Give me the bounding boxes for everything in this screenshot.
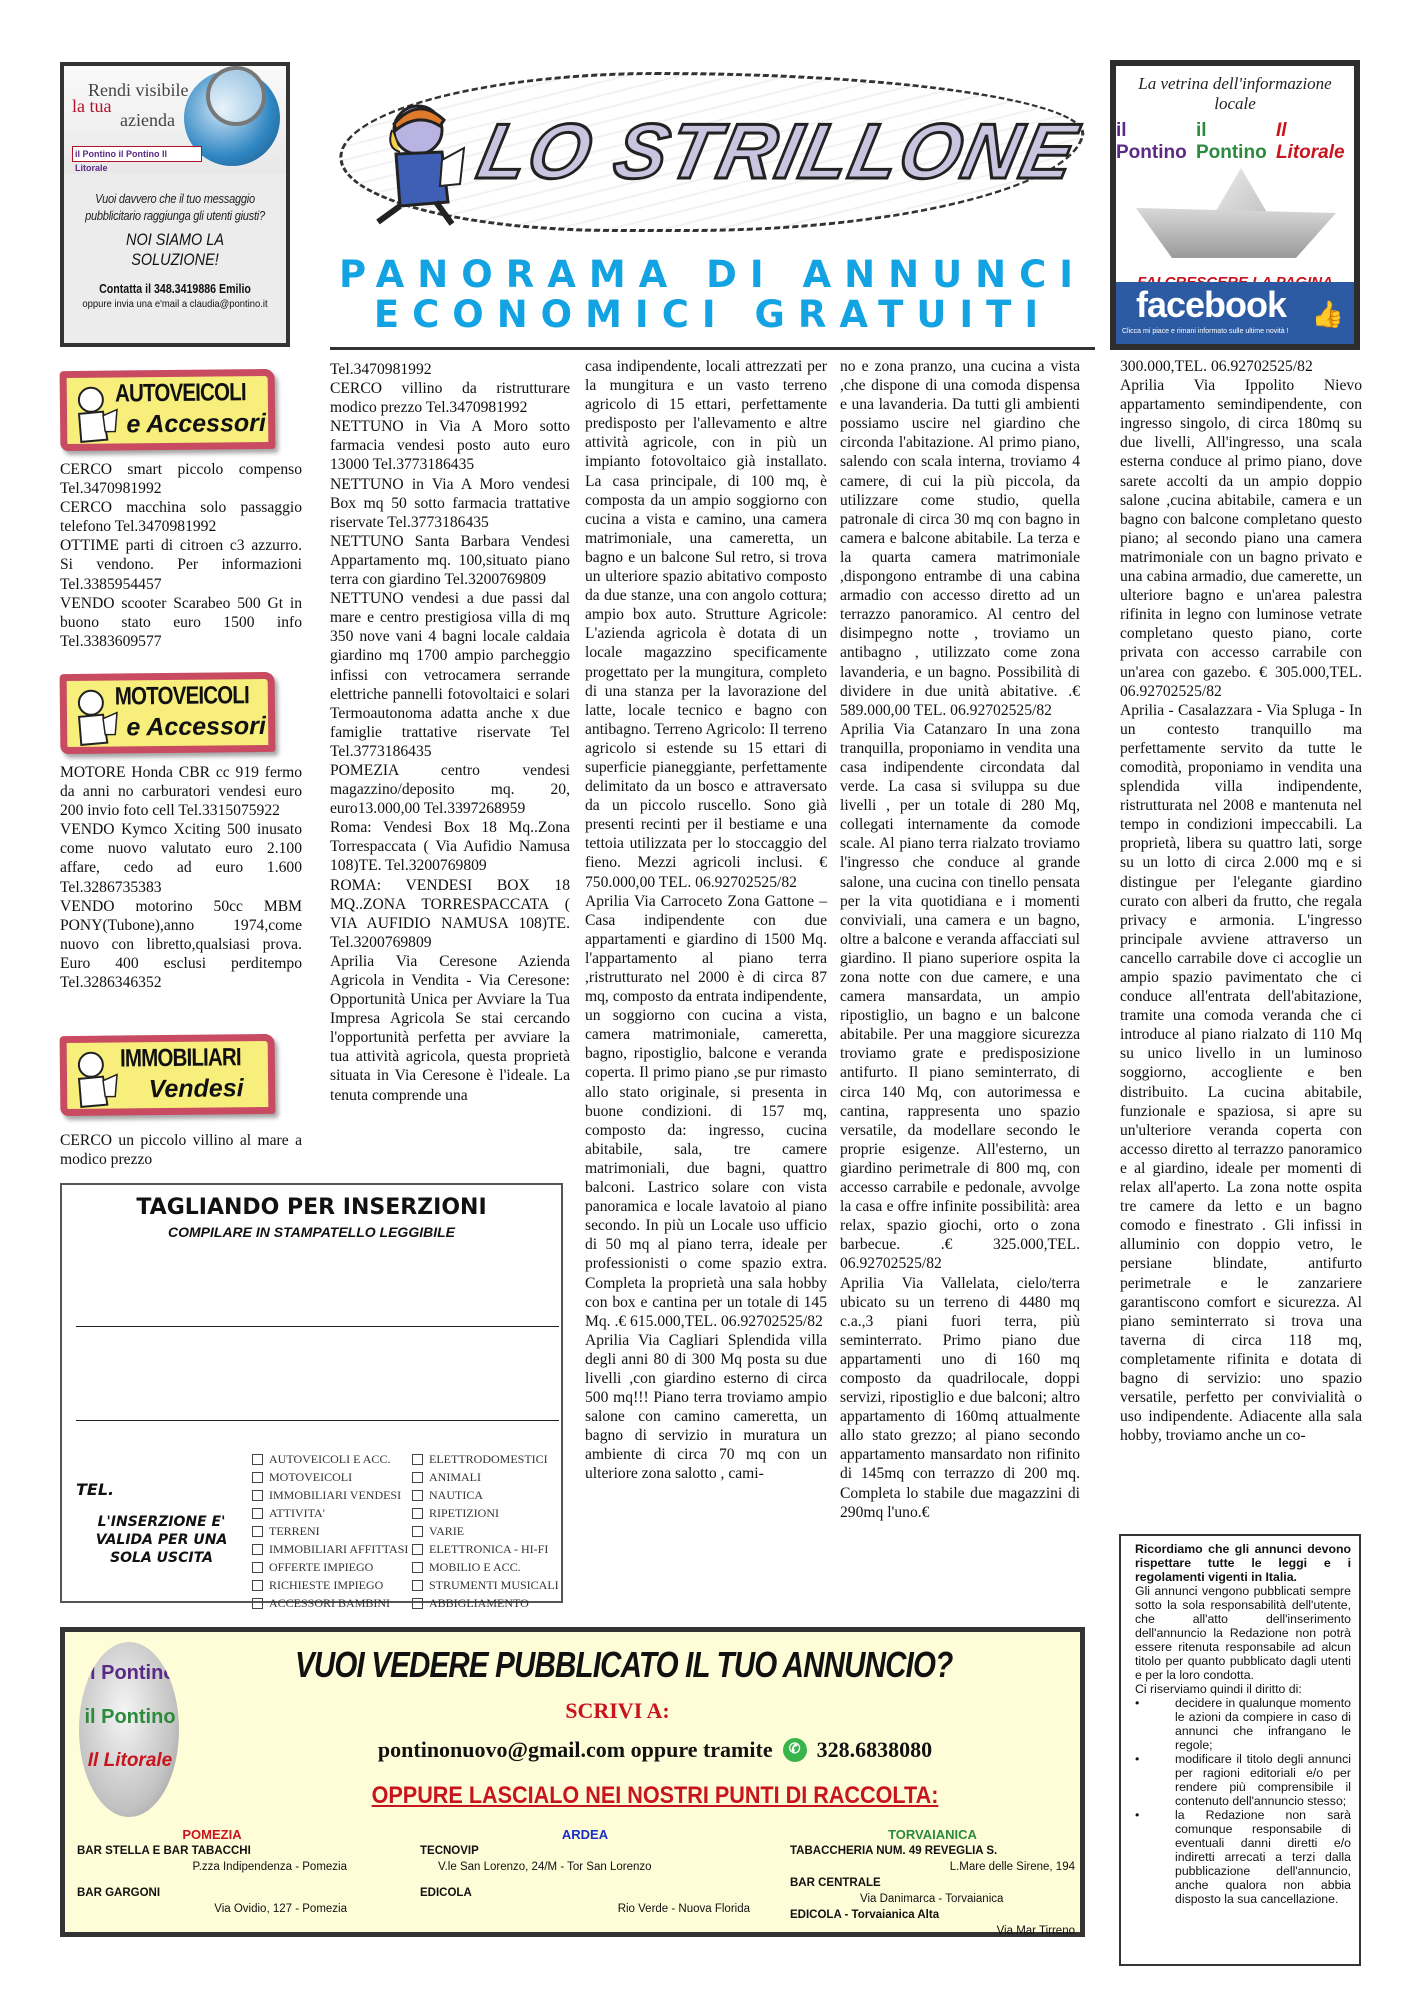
boat-hull: [1136, 208, 1336, 258]
checkbox-square[interactable]: [412, 1598, 423, 1609]
ad-item: Aprilia Via Vallelata, cielo/terra ubica…: [840, 1274, 1080, 1522]
category-subtitle: e Accessori: [121, 409, 271, 440]
magnifier-icon: [206, 66, 266, 126]
point-address: L.Mare delle Sirene, 194: [790, 1859, 1075, 1875]
ad-item: Roma: Vendesi Box 18 Mq..Zona Torrespacc…: [330, 818, 570, 875]
paper-boat-image: [1116, 168, 1354, 268]
checkbox-richieste-impiego[interactable]: RICHIESTE IMPIEGO: [252, 1576, 408, 1594]
banner-collection-points-title: OPPURE LASCIALO NEI NOSTRI PUNTI DI RACC…: [273, 1782, 1038, 1810]
motoveicoli-ads: MOTORE Honda CBR cc 919 fermo da anni no…: [60, 763, 302, 992]
coupon-validity-note: L'INSERZIONE E' VALIDA PER UNA SOLA USCI…: [84, 1513, 239, 1567]
point-name: BAR CENTRALE: [790, 1875, 1075, 1891]
brand-logos: il Pontino il Pontino Il Litorale: [72, 146, 202, 162]
brand-row: il Pontino il Pontino Il Litorale: [1116, 120, 1354, 164]
ad-item: Tel.3470981992: [330, 360, 570, 379]
category-subtitle: e Accessori: [121, 712, 271, 743]
newsboy-mascot-icon: [59, 380, 120, 451]
checkbox-strumenti-musicali[interactable]: STRUMENTI MUSICALI: [412, 1576, 559, 1594]
immobiliari-ads-start: CERCO un piccolo villino al mare a modic…: [60, 1131, 302, 1169]
ad-item: POMEZIA centro vendesi magazzino/deposit…: [330, 761, 570, 818]
collection-points-pomezia: POMEZIA BAR STELLA E BAR TABACCHI P.zza …: [77, 1827, 347, 1917]
checkbox-motoveicoli[interactable]: MOTOVEICOLI: [252, 1468, 408, 1486]
masthead-subtitle-line1: PANORAMA DI ANNUNCI: [330, 255, 1095, 295]
autoveicoli-ads: CERCO smart piccolo compenso Tel.3470981…: [60, 460, 302, 651]
ads-column-3: casa indipendente, locali attrezzati per…: [585, 357, 827, 1484]
point-address: Via Mar Tirreno: [790, 1923, 1075, 1939]
ad-item: CERCO macchina solo passaggio telefono T…: [60, 498, 302, 536]
insertion-coupon-form: TAGLIANDO PER INSERZIONI COMPILARE IN ST…: [60, 1183, 563, 1603]
point-name: TECNOVIP: [420, 1843, 750, 1859]
ad-message: Vuoi davvero che il tuo messaggio pubbli…: [81, 190, 270, 224]
ad-line3: azienda: [120, 110, 175, 131]
logo-title: LO STRILLONE: [470, 106, 1085, 197]
category-checkboxes-right: ELETTRODOMESTICI ANIMALI NAUTICA RIPETIZ…: [412, 1450, 559, 1612]
category-title: IMMOBILIARI: [115, 1043, 246, 1073]
coupon-write-line-2[interactable]: [76, 1420, 559, 1421]
ad-item: VENDO Kymco Xciting 500 inusato come nuo…: [60, 820, 302, 896]
advertisement-visibility[interactable]: Rendi visibile la tua azienda il Pontino…: [60, 62, 290, 347]
checkbox-abbigliamento[interactable]: ABBIGLIAMENTO: [412, 1594, 559, 1612]
category-subtitle: Vendesi: [121, 1074, 271, 1105]
brand-litorale: Il Litorale: [1276, 120, 1354, 164]
whatsapp-icon: ✆: [783, 1738, 807, 1762]
masthead-divider: [330, 347, 1095, 350]
checkbox-mobilio[interactable]: MOBILIO E ACC.: [412, 1558, 559, 1576]
point-address: Via Ovidio, 127 - Pomezia: [77, 1901, 347, 1917]
banner-contact: pontinonuovo@gmail.com oppure tramite ✆ …: [230, 1737, 1080, 1763]
ad-item: 300.000,TEL. 06.92702525/82: [1120, 357, 1362, 376]
checkbox-square[interactable]: [252, 1508, 263, 1519]
point-name: BAR STELLA E BAR TABACCHI: [77, 1843, 347, 1859]
point-name: BAR GARGONI: [77, 1885, 347, 1901]
strillone-logo: LO STRILLONE: [330, 62, 1095, 247]
ad-item: VENDO scooter Scarabeo 500 Gt in buono s…: [60, 594, 302, 651]
checkbox-square[interactable]: [252, 1562, 263, 1573]
advertisement-facebook[interactable]: La vetrina dell'informazione locale il P…: [1110, 60, 1360, 350]
checkbox-square[interactable]: [252, 1472, 263, 1483]
ad-contact-phone: Contatta il 348.3419886 Emilio: [81, 282, 270, 296]
ad-item: VENDO motorino 50cc MBM PONY(Tubone),ann…: [60, 897, 302, 992]
banner-write-to: SCRIVI A:: [65, 1698, 1080, 1724]
ads-column-5: 300.000,TEL. 06.92702525/82 Aprilia Via …: [1120, 357, 1362, 1445]
city-name: TORVAIANICA: [790, 1827, 1075, 1843]
checkbox-square[interactable]: [252, 1490, 263, 1501]
bullet-icon: •: [1135, 1752, 1175, 1808]
city-name: ARDEA: [420, 1827, 750, 1843]
coupon-subtitle: COMPILARE IN STAMPATELLO LEGGIBILE: [62, 1224, 561, 1240]
ad-item: Aprilia Via Cagliari Splendida villa deg…: [585, 1331, 827, 1484]
ads-column-4: no e zona pranzo, una cucina a vista ,ch…: [840, 357, 1080, 1522]
ad-item: Aprilia Via Ceresone Azienda Agricola in…: [330, 952, 570, 1105]
checkbox-animali[interactable]: ANIMALI: [412, 1468, 559, 1486]
checkbox-square[interactable]: [412, 1472, 423, 1483]
ad-contact-email[interactable]: oppure invia una e'mail a claudia@pontin…: [75, 298, 275, 310]
masthead: LO STRILLONE PANORAMA DI ANNUNCI ECONOMI…: [330, 62, 1095, 350]
checkbox-square[interactable]: [412, 1490, 423, 1501]
checkbox-square[interactable]: [252, 1580, 263, 1591]
ad-item: ROMA: VENDESI BOX 18 MQ..ZONA TORRESPACC…: [330, 876, 570, 952]
checkbox-square[interactable]: [252, 1526, 263, 1537]
disclaimer-intro: Ricordiamo che gli annunci devono rispet…: [1135, 1542, 1351, 1584]
ad-solution: NOI SIAMO LA SOLUZIONE!: [81, 230, 270, 270]
ads-column-2: Tel.3470981992 CERCO villino da ristrutt…: [330, 360, 570, 1105]
checkbox-immobiliari-vendesi[interactable]: IMMOBILIARI VENDESI: [252, 1486, 408, 1504]
collection-points-torvaianica: TORVAIANICA TABACCHERIA NUM. 49 REVEGLIA…: [790, 1827, 1075, 1939]
category-title: AUTOVEICOLI: [115, 378, 246, 408]
checkbox-terreni[interactable]: TERRENI: [252, 1522, 408, 1540]
point-address: P.zza Indipendenza - Pomezia: [77, 1859, 347, 1875]
ad-item: Aprilia - Casalazzara - Via Spluga - In …: [1120, 701, 1362, 1446]
checkbox-square[interactable]: [412, 1526, 423, 1537]
point-name: EDICOLA: [420, 1885, 750, 1901]
ad-item: NETTUNO Santa Barbara Vendesi Appartamen…: [330, 532, 570, 589]
point-address: Via Danimarca - Torvaianica: [790, 1891, 1075, 1907]
disclaimer-bullet: •decidere in qualunque momento le azioni…: [1135, 1696, 1351, 1752]
point-address: V.le San Lorenzo, 24/M - Tor San Lorenzo: [420, 1859, 750, 1875]
ad-tagline: La vetrina dell'informazione locale: [1116, 74, 1354, 114]
banner-email[interactable]: pontinonuovo@gmail.com oppure tramite: [378, 1737, 773, 1763]
checkbox-ripetizioni[interactable]: RIPETIZIONI: [412, 1504, 559, 1522]
city-name: POMEZIA: [77, 1827, 347, 1843]
coupon-title: TAGLIANDO PER INSERZIONI: [62, 1195, 561, 1220]
checkbox-immobiliari-affittasi[interactable]: IMMOBILIARI AFFITTASI: [252, 1540, 408, 1558]
checkbox-square[interactable]: [412, 1562, 423, 1573]
category-checkboxes-left: AUTOVEICOLI E ACC. MOTOVEICOLI IMMOBILIA…: [252, 1450, 408, 1612]
banner-whatsapp-number[interactable]: 328.6838080: [817, 1737, 933, 1763]
bullet-icon: •: [1135, 1808, 1175, 1906]
coupon-write-line-1[interactable]: [76, 1326, 559, 1327]
facebook-banner[interactable]: facebook Clicca mi piace e rimani inform…: [1116, 282, 1354, 344]
ad-item: Aprilia Via Catanzaro In una zona tranqu…: [840, 720, 1080, 1274]
ad-item: NETTUNO in Via A Moro sotto farmacia ven…: [330, 417, 570, 474]
brand-pontino-nuovo: il Pontino: [1116, 120, 1196, 164]
ad-item: NETTUNO vendesi a due passi dal mare e c…: [330, 589, 570, 761]
ad-item: OTTIME parti di citroen c3 azzurro. Si v…: [60, 536, 302, 593]
ad-item: MOTORE Honda CBR cc 919 fermo da anni no…: [60, 763, 302, 820]
facebook-tagline: Clicca mi piace e rimani informato sulle…: [1122, 328, 1289, 335]
checkbox-accessori-bambini[interactable]: ACCESSORI BAMBINI: [252, 1594, 408, 1612]
banner-question: VUOI VEDERE PUBBLICATO IL TUO ANNUNCIO?: [295, 1644, 935, 1686]
checkbox-elettronica[interactable]: ELETTRONICA - HI-FI: [412, 1540, 559, 1558]
checkbox-varie[interactable]: VARIE: [412, 1522, 559, 1540]
point-name: TABACCHERIA NUM. 49 REVEGLIA S.: [790, 1843, 1075, 1859]
checkbox-square[interactable]: [412, 1508, 423, 1519]
newsboy-mascot-icon: [59, 1045, 120, 1116]
disclaimer-bullet: •la Redazione non sarà comunque responsa…: [1135, 1808, 1351, 1906]
point-address: Rio Verde - Nuova Florida: [420, 1901, 750, 1917]
checkbox-square[interactable]: [252, 1544, 263, 1555]
newsboy-mascot-icon: [356, 90, 466, 230]
ad-line2: la tua: [72, 96, 111, 117]
checkbox-offerte-impiego[interactable]: OFFERTE IMPIEGO: [252, 1558, 408, 1576]
category-banner-motoveicoli: MOTOVEICOLI e Accessori: [60, 672, 276, 754]
checkbox-square[interactable]: [412, 1544, 423, 1555]
collection-points-ardea: ARDEA TECNOVIP V.le San Lorenzo, 24/M - …: [420, 1827, 750, 1917]
egg-brand-3: Il Litorale: [79, 1750, 179, 1772]
disclaimer-body: Gli annunci vengono pubblicati sempre so…: [1135, 1584, 1351, 1682]
checkbox-elettrodomestici[interactable]: ELETTRODOMESTICI: [412, 1450, 559, 1468]
disclaimer-bullet: •modificare il titolo degli annunci per …: [1135, 1752, 1351, 1808]
brand-egg-logo: il Pontino il Pontino Il Litorale: [79, 1642, 179, 1817]
category-banner-immobiliari: IMMOBILIARI Vendesi: [60, 1034, 276, 1116]
category-title: MOTOVEICOLI: [115, 681, 246, 711]
bullet-icon: •: [1135, 1696, 1175, 1752]
ad-visual: Rendi visibile la tua azienda il Pontino…: [64, 66, 286, 174]
ad-item: no e zona pranzo, una cucina a vista ,ch…: [840, 357, 1080, 720]
facebook-wordmark: facebook: [1136, 284, 1286, 326]
ad-item: NETTUNO in Via A Moro vendesi Box mq 50 …: [330, 475, 570, 532]
ad-item: Aprilia Via Carroceto Zona Gattone – Cas…: [585, 892, 827, 1331]
thumbs-up-icon[interactable]: 👍: [1312, 300, 1344, 330]
ad-item: Aprilia Via Ippolito Nievo appartamento …: [1120, 376, 1362, 701]
checkbox-square[interactable]: [252, 1454, 263, 1465]
checkbox-square[interactable]: [412, 1580, 423, 1591]
ad-item: CERCO un piccolo villino al mare a modic…: [60, 1131, 302, 1169]
masthead-subtitle-line2: ECONOMICI GRATUITI: [330, 295, 1095, 335]
brand-pontino-aprilia: il Pontino: [1196, 120, 1276, 164]
disclaimer-rights: Ci riserviamo quindi il diritto di:: [1135, 1682, 1351, 1696]
disclaimer-box: Ricordiamo che gli annunci devono rispet…: [1119, 1534, 1361, 1966]
publish-your-ad-banner: il Pontino il Pontino Il Litorale VUOI V…: [60, 1627, 1085, 1937]
checkbox-attivita[interactable]: ATTIVITA': [252, 1504, 408, 1522]
checkbox-square[interactable]: [252, 1598, 263, 1609]
checkbox-nautica[interactable]: NAUTICA: [412, 1486, 559, 1504]
ad-item: CERCO villino da ristrutturare modico pr…: [330, 379, 570, 417]
point-name: EDICOLA - Torvaianica Alta: [790, 1907, 1075, 1923]
checkbox-autoveicoli[interactable]: AUTOVEICOLI E ACC.: [252, 1450, 408, 1468]
coupon-tel-label: TEL.: [76, 1480, 114, 1499]
newsboy-mascot-icon: [59, 683, 120, 754]
category-banner-autoveicoli: AUTOVEICOLI e Accessori: [60, 369, 276, 451]
checkbox-square[interactable]: [412, 1454, 423, 1465]
ad-item: casa indipendente, locali attrezzati per…: [585, 357, 827, 892]
egg-brand-1: il Pontino: [79, 1662, 179, 1685]
ad-item: CERCO smart piccolo compenso Tel.3470981…: [60, 460, 302, 498]
